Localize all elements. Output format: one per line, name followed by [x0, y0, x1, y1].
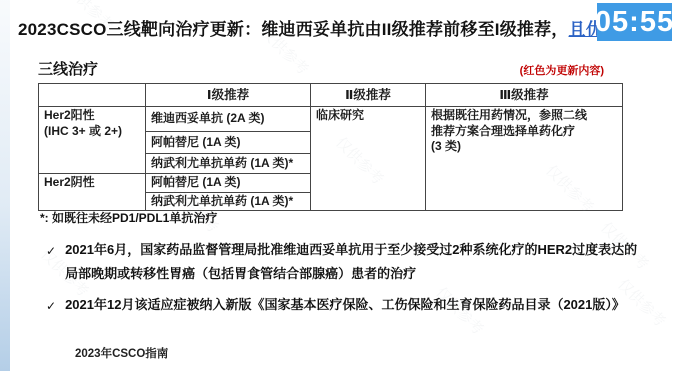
header-blank-cell: [39, 84, 146, 107]
slide-canvas: 仅供参考 仅供参考 仅供参考 仅供参考 仅供参考 仅供参考 仅供参考 仅供参考 …: [0, 0, 674, 371]
list-item: ✓ 2021年12月该适应症被纳入新版《国家基本医疗保险、工伤保险和生育保险药品…: [46, 293, 646, 317]
cell-her2pos-tier1-drug1: 维迪西妥单抗 (2A 类): [146, 107, 311, 132]
cell-tier2-clinical-study: 临床研究: [311, 107, 426, 211]
checkmark-icon: ✓: [46, 293, 56, 317]
bullet-text: 2021年12月该适应症被纳入新版《国家基本医疗保险、工伤保险和生育保险药品目录…: [65, 293, 625, 317]
slide-title: 2023CSCO三线靶向治疗更新：维迪西妥单抗由II级推荐前移至I级推荐，且优先…: [18, 15, 668, 40]
header-tier1-cell: Ⅰ级推荐: [146, 84, 311, 107]
table-row: Her2阳性 (IHC 3+ 或 2+) 维迪西妥单抗 (2A 类) 临床研究 …: [39, 107, 623, 132]
header-tier2-cell: Ⅱ级推荐: [311, 84, 426, 107]
cell-tier3-chemo-note: 根据既往用药情况，参照二线 推荐方案合理选择单药化疗 (3 类): [426, 107, 623, 211]
red-update-note: (红色为更新内容): [520, 62, 604, 78]
list-item: ✓ 2021年6月，国家药品监督管理局批准维迪西妥单抗用于至少接受过2种系统化疗…: [46, 238, 646, 286]
header-tier3-cell: Ⅲ级推荐: [426, 84, 623, 107]
bullet-text: 2021年6月，国家药品监督管理局批准维迪西妥单抗用于至少接受过2种系统化疗的H…: [65, 238, 646, 286]
source-citation: 2023年CSCO指南: [75, 345, 168, 361]
checkmark-icon: ✓: [46, 238, 56, 286]
section-label: 三线治疗: [38, 58, 98, 79]
slide-title-main: 2023CSCO三线靶向治疗更新：维迪西妥单抗由II级推荐前移至I级推荐，: [18, 20, 569, 39]
cell-her2pos-tier1-drug3: 纳武利尤单抗单药 (1A 类)*: [146, 154, 311, 174]
cell-her2neg-tier1-drug2: 纳武利尤单抗单药 (1A 类)*: [146, 192, 311, 211]
recommendation-table: Ⅰ级推荐 Ⅱ级推荐 Ⅲ级推荐 Her2阳性 (IHC 3+ 或 2+) 维迪西妥…: [38, 83, 623, 211]
cell-her2neg-tier1-drug1: 阿帕替尼 (1A 类): [146, 174, 311, 193]
cell-her2-positive-label: Her2阳性 (IHC 3+ 或 2+): [39, 107, 146, 174]
bullet-list: ✓ 2021年6月，国家药品监督管理局批准维迪西妥单抗用于至少接受过2种系统化疗…: [46, 238, 646, 324]
left-edge-gradient: [0, 0, 10, 371]
cell-her2pos-tier1-drug2: 阿帕替尼 (1A 类): [146, 132, 311, 154]
table-header-row: Ⅰ级推荐 Ⅱ级推荐 Ⅲ级推荐: [39, 84, 623, 107]
cell-her2-negative-label: Her2阴性: [39, 174, 146, 211]
countdown-timer[interactable]: 05:55: [597, 3, 672, 41]
table-footnote: *: 如既往未经PD1/PDL1单抗治疗: [40, 209, 217, 226]
